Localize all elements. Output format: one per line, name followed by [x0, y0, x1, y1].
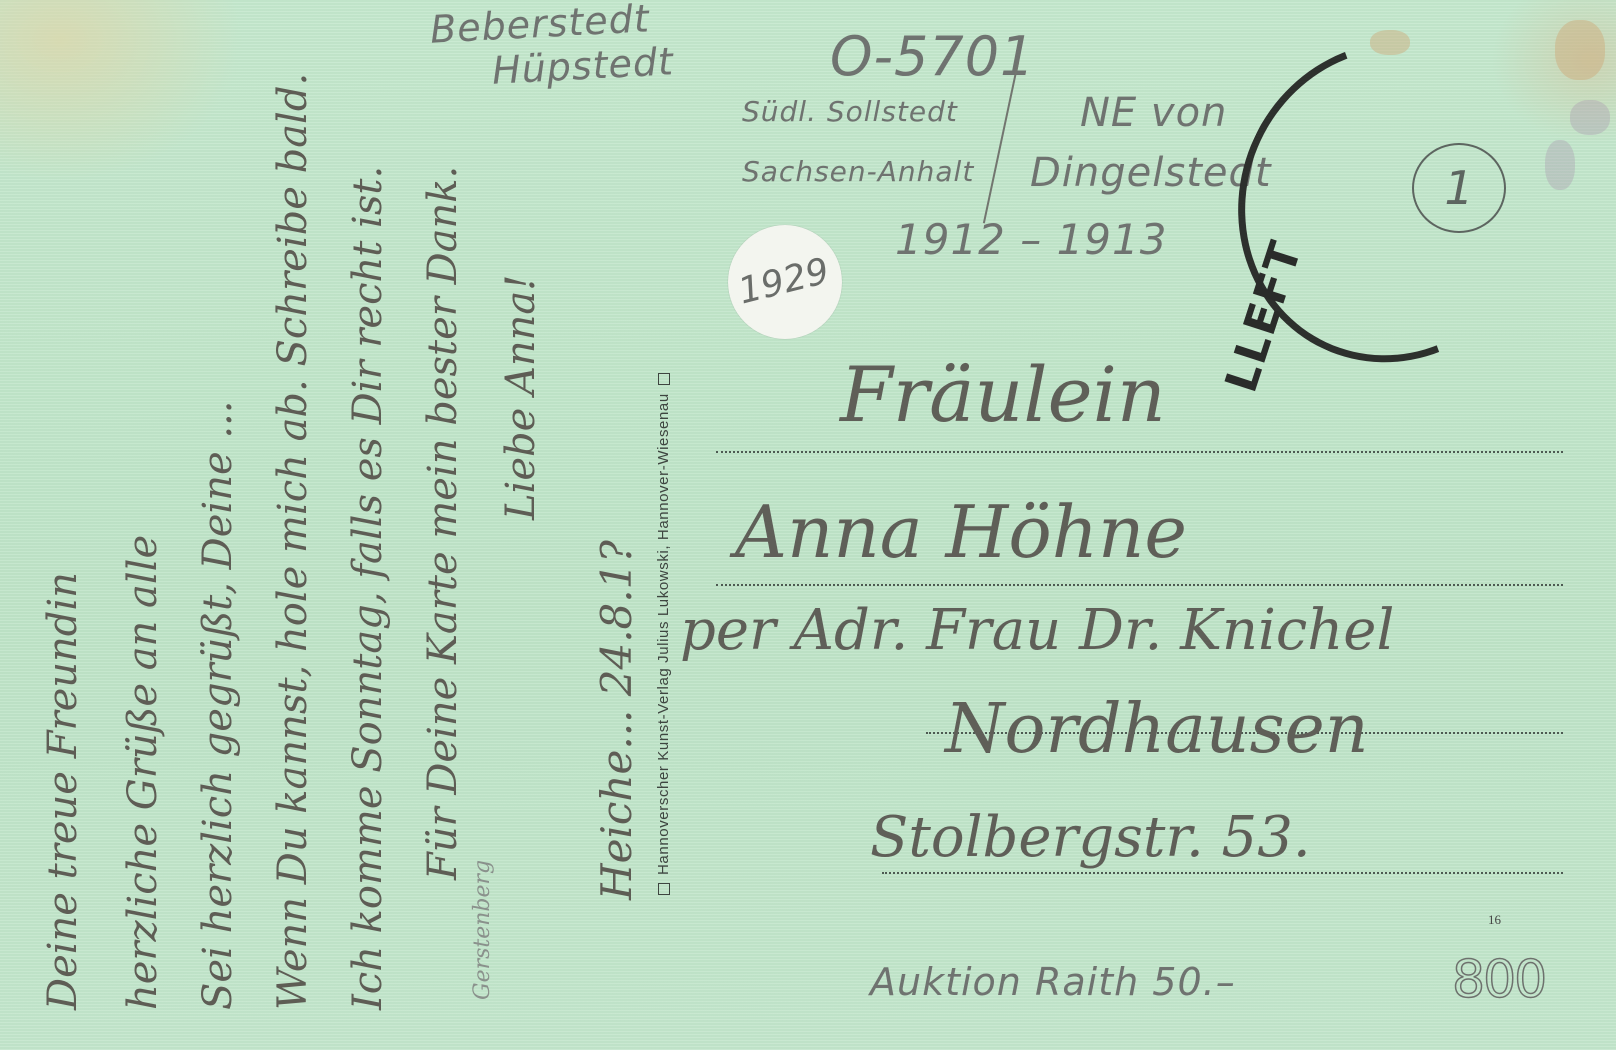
publisher-imprint-text: Hannoverscher Kunst-Verlag Julius Lukows… — [655, 393, 672, 875]
message-line: herzliche Grüße an alle — [120, 535, 166, 1010]
price-stamp: 800 — [1452, 950, 1545, 1010]
address-salutation: Fräulein — [840, 350, 1166, 439]
stain — [1545, 140, 1575, 190]
message-line: Ich komme Sonntag, falls es Dir recht is… — [345, 166, 391, 1010]
circled-number: 1 — [1412, 143, 1506, 233]
message-line: Liebe Anna! — [498, 275, 544, 520]
faint-pencil-signature: Gerstenberg — [470, 860, 495, 1000]
message-line: Sei herzlich gegrüßt, Deine ... — [195, 401, 241, 1011]
note-location-right-1: NE von — [1080, 90, 1227, 136]
note-location-left-2: Sachsen-Anhalt — [742, 155, 974, 188]
address-name: Anna Höhne — [735, 490, 1187, 574]
message-line: Für Deine Karte mein bester Dank. — [420, 166, 466, 880]
stain — [1555, 20, 1605, 80]
circled-number-text: 1 — [1444, 161, 1473, 215]
stain — [1570, 100, 1610, 135]
postcard-back: Beberstedt Hüpstedt Hannoverscher Kunst-… — [0, 0, 1616, 1050]
message-line: Deine treue Freundin — [40, 572, 86, 1010]
address-care-of: per Adr. Frau Dr. Knichel — [680, 598, 1394, 663]
dateline: Heiche... 24.8.1? — [592, 540, 641, 900]
address-line-4 — [882, 872, 1563, 874]
address-city: Nordhausen — [945, 690, 1369, 769]
square-bullet-icon — [658, 883, 670, 895]
auction-note: Auktion Raith 50.– — [870, 960, 1236, 1004]
note-postcode: O-5701 — [830, 25, 1035, 88]
note-location-left-1: Südl. Sollstedt — [742, 95, 958, 128]
printed-number: 16 — [1488, 912, 1501, 928]
note-location-right-2: Dingelstedt — [1030, 150, 1272, 196]
sticker-number: 1929 — [734, 251, 833, 313]
inventory-sticker: 1929 — [728, 225, 842, 339]
address-line-2 — [716, 584, 1563, 586]
publisher-imprint: Hannoverscher Kunst-Verlag Julius Lukows… — [655, 373, 672, 895]
note-place-hupstedt: Hüpstedt — [491, 39, 675, 92]
square-bullet-icon — [658, 373, 670, 385]
address-line-1 — [716, 451, 1563, 453]
message-line: Wenn Du kannst, hole mich ab. Schreibe b… — [270, 73, 316, 1010]
note-years: 1912 – 1913 — [895, 215, 1167, 264]
address-street: Stolbergstr. 53. — [870, 805, 1311, 870]
